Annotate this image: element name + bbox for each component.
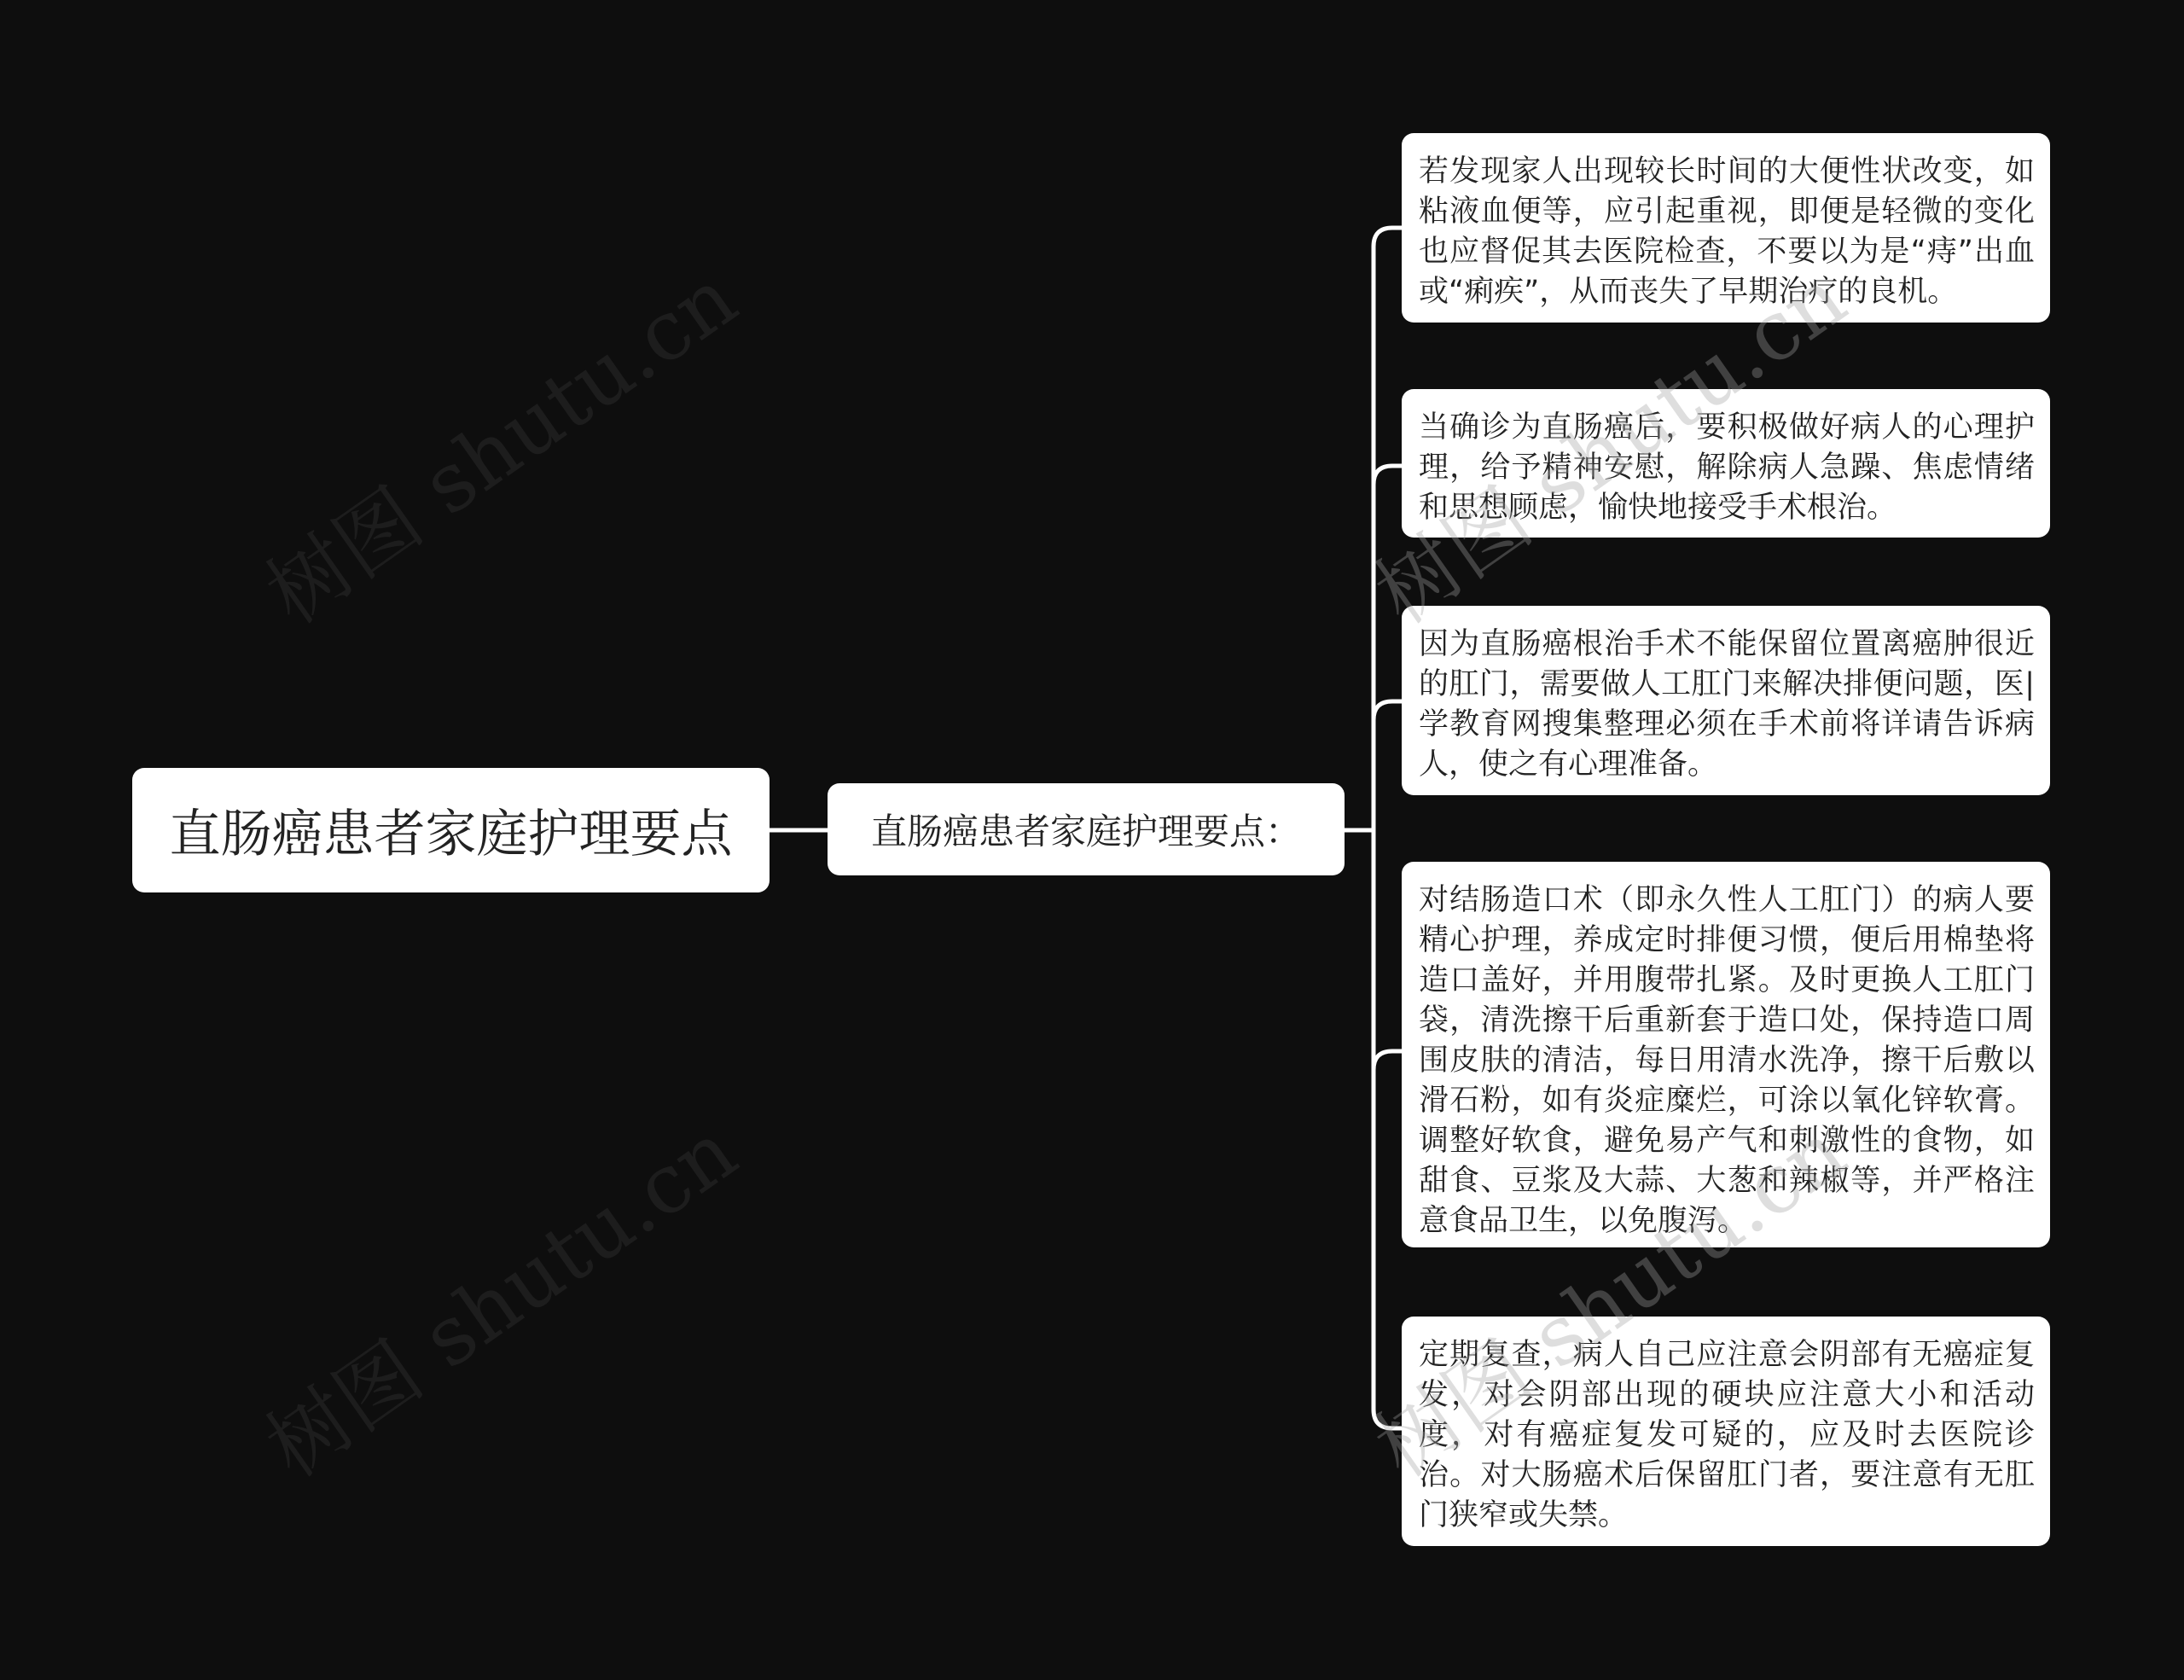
leaf-node-4[interactable]: 对结肠造口术（即永久性人工肛门）的病人要精心护理，养成定时排便习惯，便后用棉垫将… [1402,862,2050,1247]
connector-trunk [1374,228,1402,1428]
leaf-node-text: 因为直肠癌根治手术不能保留位置离癌肿很近的肛门，需要做人工肛门来解决排便问题，医… [1419,627,2035,782]
connector-leaf-3 [1374,701,1402,720]
leaf-node-text: 定期复查，病人自己应注意会阴部有无癌症复发，对会阴部出现的硬块应注意大小和活动度… [1419,1338,2035,1532]
leaf-node-5[interactable]: 定期复查，病人自己应注意会阴部有无癌症复发，对会阴部出现的硬块应注意大小和活动度… [1402,1317,2050,1546]
branch-node-label: 直肠癌患者家庭护理要点： [871,804,1301,855]
connector-leaf-2 [1374,466,1402,485]
leaf-node-text: 若发现家人出现较长时间的大便性状改变，如粘液血便等，应引起重视，即便是轻微的变化… [1419,154,2035,309]
leaf-node-text: 对结肠造口术（即永久性人工肛门）的病人要精心护理，养成定时排便习惯，便后用棉垫将… [1419,883,2035,1238]
leaf-node-2[interactable]: 当确诊为直肠癌后，要积极做好病人的心理护理，给予精神安慰，解除病人急躁、焦虑情绪… [1402,389,2050,538]
leaf-node-1[interactable]: 若发现家人出现较长时间的大便性状改变，如粘液血便等，应引起重视，即便是轻微的变化… [1402,133,2050,323]
root-node[interactable]: 直肠癌患者家庭护理要点 [132,768,770,892]
leaf-node-3[interactable]: 因为直肠癌根治手术不能保留位置离癌肿很近的肛门，需要做人工肛门来解决排便问题，医… [1402,606,2050,795]
mindmap-canvas: 树图 shutu.cn 树图 shutu.cn 树图 shutu.cn 树图 s… [0,0,2184,1680]
root-node-label: 直肠癌患者家庭护理要点 [170,793,733,867]
branch-node[interactable]: 直肠癌患者家庭护理要点： [828,783,1345,875]
leaf-node-text: 当确诊为直肠癌后，要积极做好病人的心理护理，给予精神安慰，解除病人急躁、焦虑情绪… [1419,410,2035,525]
connector-leaf-4 [1374,1051,1402,1070]
